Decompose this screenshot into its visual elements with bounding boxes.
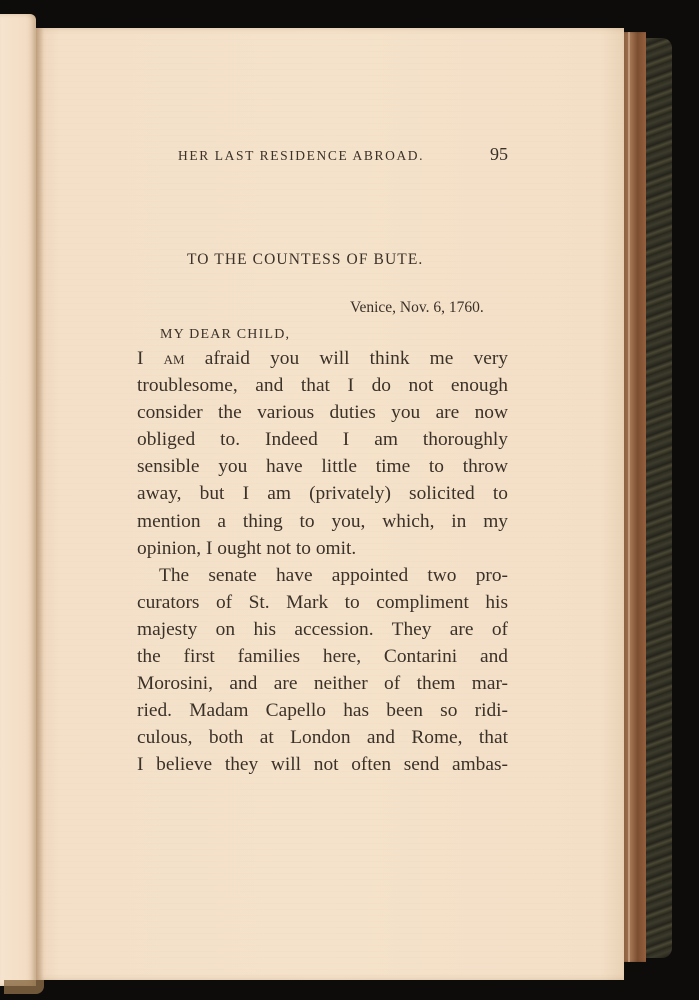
left-cover-corner	[4, 980, 44, 994]
opening-word: I	[137, 348, 143, 369]
paragraph-1-line: obliged to. Indeed I am thoroughly	[137, 426, 508, 453]
paragraph-2-line: Morosini, and are neither of them mar-	[137, 670, 508, 697]
paragraph-1-line: troublesome, and that I do not enough	[137, 372, 508, 399]
page-number: 95	[490, 144, 508, 165]
page-block-highlight	[628, 32, 630, 962]
paragraph-2-line: ried. Madam Capello has been so ridi-	[137, 697, 508, 724]
paragraph-1-line-1: I am afraid you will think me very	[137, 345, 508, 372]
paragraph-1-line: sensible you have little time to throw	[137, 453, 508, 480]
letter-dateline: Venice, Nov. 6, 1760.	[350, 299, 484, 317]
opening-smallcaps: am	[164, 348, 185, 368]
first-line-rest: afraid you will think me very	[205, 348, 508, 369]
left-facing-page-edge	[0, 14, 36, 986]
letter-salutation: MY DEAR CHILD,	[160, 327, 290, 343]
gutter-shadow	[36, 28, 44, 980]
letter-heading: TO THE COUNTESS OF BUTE.	[187, 251, 423, 269]
paragraph-2-line: culous, both at London and Rome, that	[137, 724, 508, 751]
paragraph-1-line: consider the various duties you are now	[137, 399, 508, 426]
paragraph-2-line: majesty on his accession. They are of	[137, 616, 508, 643]
paragraph-1-line: opinion, I ought not to omit.	[137, 535, 508, 562]
paragraph-1-line: away, but I am (privately) solicited to	[137, 480, 508, 507]
paragraph-2-line: curators of St. Mark to compliment his	[137, 589, 508, 616]
paragraph-1-line: mention a thing to you, which, in my	[137, 508, 508, 535]
paragraph-2-line: I believe they will not often send ambas…	[137, 751, 508, 778]
paragraph-2-line: the first families here, Contarini and	[137, 643, 508, 670]
letter-body: I am afraid you will think me very troub…	[137, 345, 508, 779]
paragraph-2-line: The senate have appointed two pro-	[137, 562, 508, 589]
running-head-title: HER LAST RESIDENCE ABROAD.	[178, 148, 424, 164]
